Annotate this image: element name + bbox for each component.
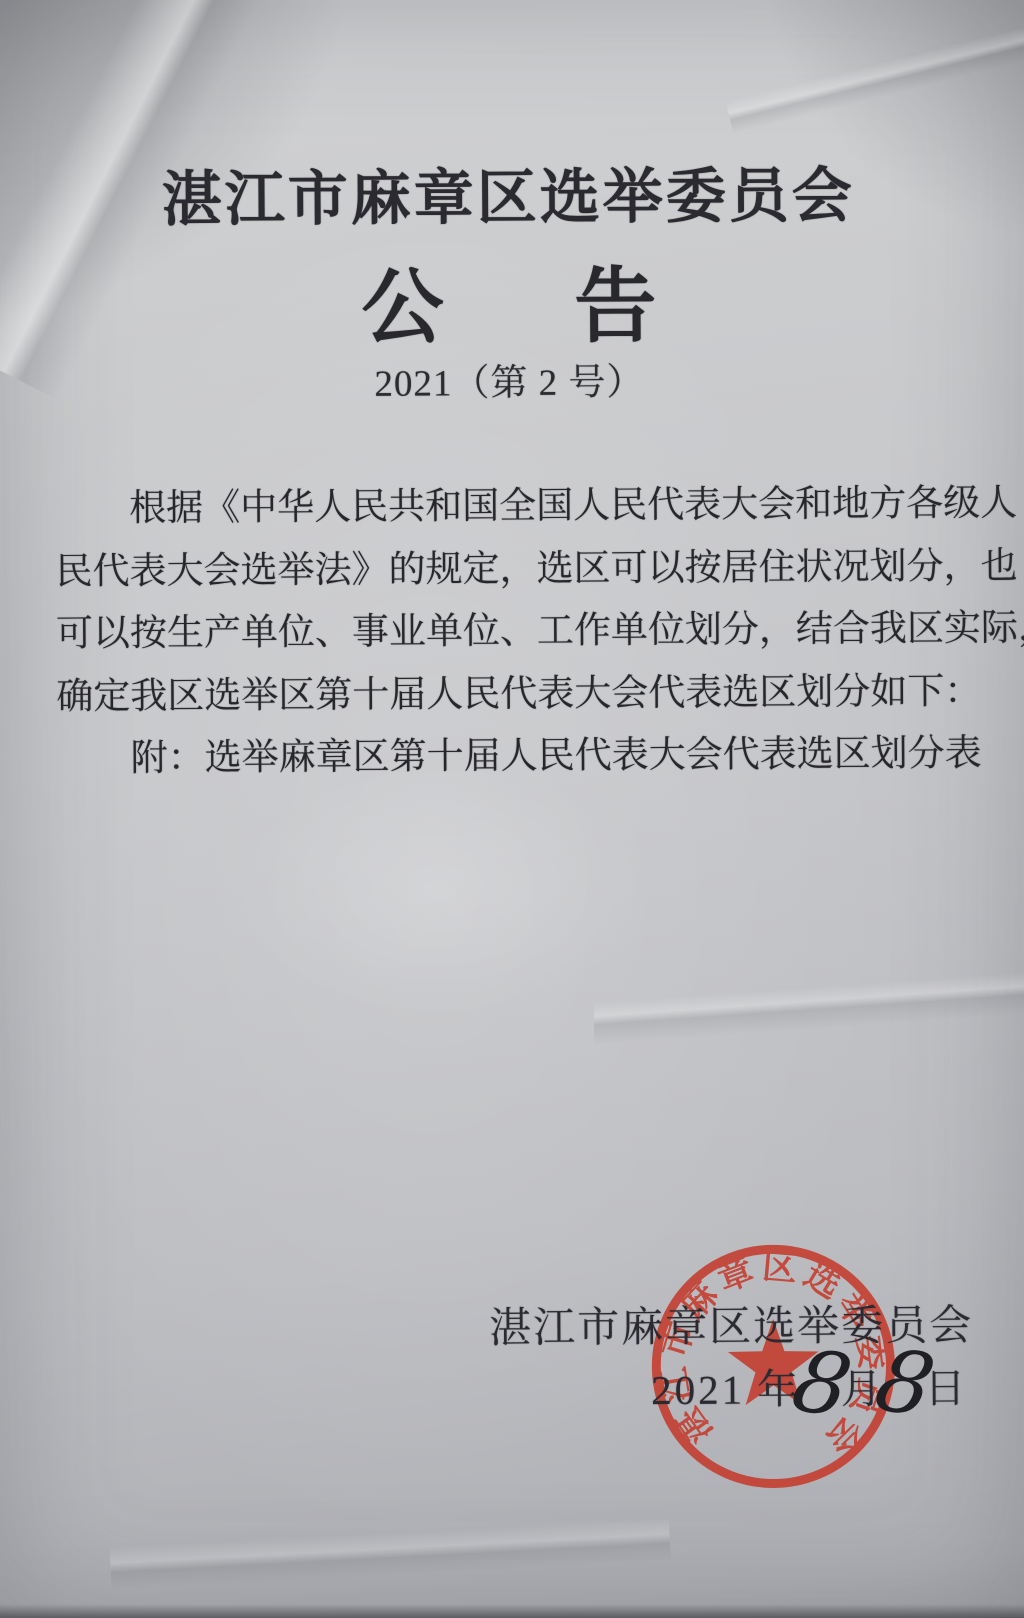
document-number: 2021（第 2 号） — [0, 349, 1022, 409]
date-year: 2021 — [651, 1366, 745, 1415]
document-page: 湛江市麻章区选举委员会 公 告 2021（第 2 号） 根据《中华人民共和国全国… — [0, 0, 1024, 1618]
date-line: 2021 年 8 月 8 日 — [651, 1355, 968, 1416]
date-month-handwritten: 8 — [794, 1380, 848, 1388]
body-paragraph: 根据《中华人民共和国全国人民代表大会和地方各级人 民代表大会选举法》的规定，选区… — [55, 479, 969, 797]
body-line: 可以按生产单位、事业单位、工作单位划分，结合我区实际， — [56, 604, 968, 672]
body-line: 民代表大会选举法》的规定，选区可以按居住状况划分，也 — [55, 542, 967, 610]
issuer-title: 湛江市麻章区选举委员会 — [0, 147, 1020, 239]
body-line: 确定我区选举区第十届人民代表大会代表选区划分如下： — [56, 667, 968, 735]
announcement-title: 公 告 — [0, 239, 1021, 362]
date-day-handwritten: 8 — [878, 1379, 932, 1387]
body-line: 根据《中华人民共和国全国人民代表大会和地方各级人 — [55, 479, 967, 547]
attachment-line: 附：选举麻章区第十届人民代表大会代表选区划分表 — [57, 729, 969, 797]
